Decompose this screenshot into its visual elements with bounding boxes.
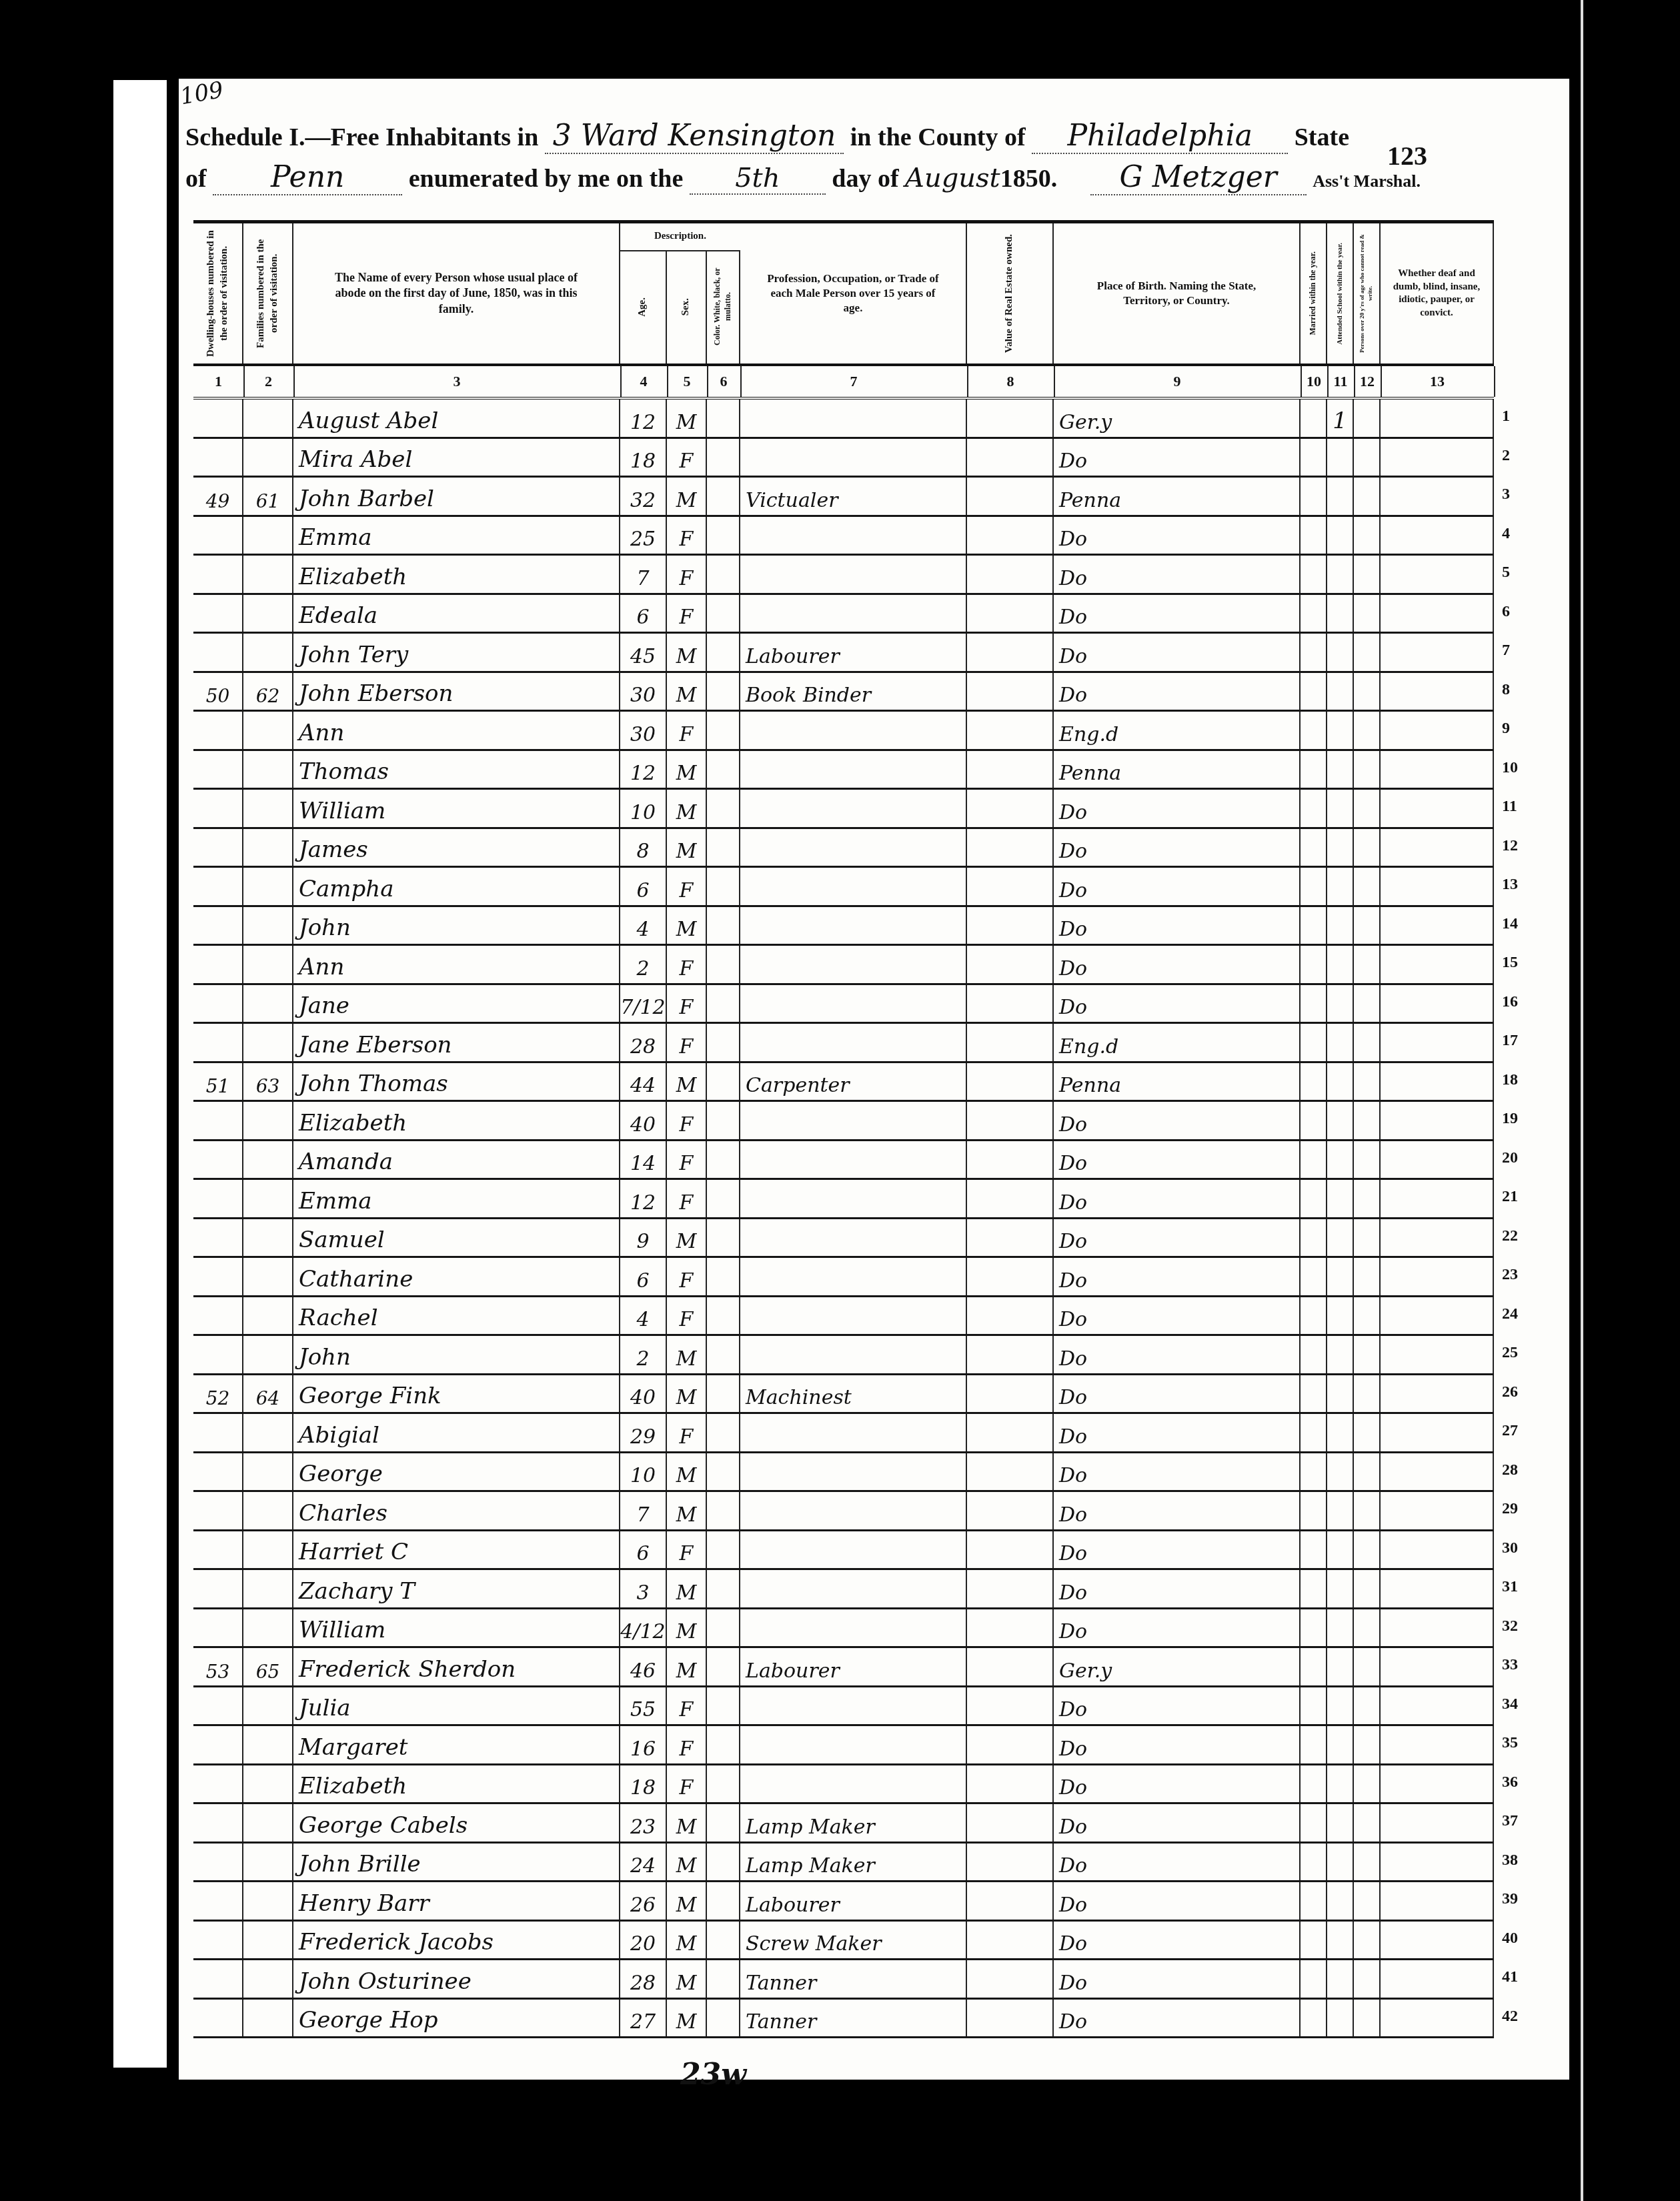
age-value: 9 xyxy=(620,1219,667,1257)
school-mark xyxy=(1327,1648,1354,1685)
color-value xyxy=(707,556,740,593)
school-mark xyxy=(1327,1219,1354,1257)
real-estate-value xyxy=(967,1258,1054,1295)
sex-value: F xyxy=(667,712,707,749)
family-number xyxy=(243,2000,293,2037)
real-estate-value xyxy=(967,1102,1054,1139)
school-mark xyxy=(1327,2000,1354,2037)
line-number: 7 xyxy=(1502,642,1510,660)
birthplace-value: Do xyxy=(1054,868,1301,905)
age-value: 29 xyxy=(620,1414,667,1451)
dwelling-number xyxy=(193,1141,243,1179)
birthplace-value: Eng.d xyxy=(1054,712,1301,749)
condition-value xyxy=(1381,595,1494,632)
illiterate-mark xyxy=(1354,751,1381,788)
married-mark xyxy=(1301,712,1327,749)
dwelling-number xyxy=(193,1024,243,1061)
birthplace-value: Do xyxy=(1054,985,1301,1022)
person-name: Jane xyxy=(293,985,620,1022)
school-mark xyxy=(1327,1102,1354,1139)
birthplace-value: Do xyxy=(1054,517,1301,554)
occupation-value: Victualer xyxy=(740,478,967,515)
illiterate-mark xyxy=(1354,1648,1381,1685)
age-value: 4 xyxy=(620,1297,667,1335)
age-value: 14 xyxy=(620,1141,667,1179)
color-value xyxy=(707,1453,740,1491)
occupation-value xyxy=(740,1687,967,1725)
age-value: 6 xyxy=(620,1531,667,1569)
occupation-value xyxy=(740,1414,967,1451)
person-name: William xyxy=(293,1609,620,1647)
column-header-age: Age. xyxy=(620,250,667,363)
color-value xyxy=(707,1726,740,1763)
real-estate-value xyxy=(967,478,1054,515)
school-mark xyxy=(1327,1453,1354,1491)
real-estate-value xyxy=(967,595,1054,632)
married-mark xyxy=(1301,1063,1327,1100)
birthplace-value: Do xyxy=(1054,1922,1301,1959)
column-number: 10 xyxy=(1301,366,1329,397)
birthplace-value: Do xyxy=(1054,946,1301,983)
age-value: 12 xyxy=(620,751,667,788)
line-number: 23 xyxy=(1502,1266,1518,1284)
family-number xyxy=(243,1804,293,1842)
age-value: 44 xyxy=(620,1063,667,1100)
school-mark xyxy=(1327,1609,1354,1647)
family-number: 62 xyxy=(243,673,293,710)
age-value: 7/12 xyxy=(620,985,667,1022)
dwelling-number xyxy=(193,1336,243,1373)
sex-value: M xyxy=(667,1336,707,1373)
person-name: James xyxy=(293,829,620,866)
scan-edge-line xyxy=(1581,0,1583,2201)
color-value xyxy=(707,1687,740,1725)
married-mark xyxy=(1301,985,1327,1022)
birthplace-value: Do xyxy=(1054,1765,1301,1803)
condition-value xyxy=(1381,634,1494,671)
column-number: 5 xyxy=(667,366,708,397)
age-value: 32 xyxy=(620,478,667,515)
occupation-value xyxy=(740,790,967,827)
condition-value xyxy=(1381,1102,1494,1139)
birthplace-value: Do xyxy=(1054,1414,1301,1451)
birthplace-value: Do xyxy=(1054,1687,1301,1725)
dwelling-number xyxy=(193,1687,243,1725)
person-name: Ann xyxy=(293,946,620,983)
sex-value: F xyxy=(667,1102,707,1139)
table-row: Ann 30 F Eng.d 9 xyxy=(193,712,1494,751)
table-row: Mira Abel 18 F Do 2 xyxy=(193,439,1494,478)
person-name: Julia xyxy=(293,1687,620,1725)
illiterate-mark xyxy=(1354,439,1381,476)
person-name: Henry Barr xyxy=(293,1882,620,1920)
illiterate-mark xyxy=(1354,1297,1381,1335)
person-name: John Barbel xyxy=(293,478,620,515)
line-number: 24 xyxy=(1502,1305,1518,1323)
occupation-value: Screw Maker xyxy=(740,1922,967,1959)
line-number: 39 xyxy=(1502,1890,1518,1908)
occupation-value: Labourer xyxy=(740,634,967,671)
illiterate-mark xyxy=(1354,946,1381,983)
school-mark xyxy=(1327,1414,1354,1451)
age-value: 30 xyxy=(620,673,667,710)
illiterate-mark xyxy=(1354,1804,1381,1842)
condition-value xyxy=(1381,1492,1494,1529)
real-estate-value xyxy=(967,1414,1054,1451)
color-value xyxy=(707,1102,740,1139)
married-mark xyxy=(1301,1141,1327,1179)
dwelling-number xyxy=(193,1844,243,1881)
condition-value xyxy=(1381,1882,1494,1920)
school-mark xyxy=(1327,1804,1354,1842)
real-estate-value xyxy=(967,946,1054,983)
person-name: George xyxy=(293,1453,620,1491)
color-value xyxy=(707,634,740,671)
occupation-value: Book Binder xyxy=(740,673,967,710)
table-row: Edeala 6 F Do 6 xyxy=(193,595,1494,634)
person-name: Emma xyxy=(293,1180,620,1217)
table-row: 53 65 Frederick Sherdon 46 M Labourer Ge… xyxy=(193,1648,1494,1687)
person-name: John Brille xyxy=(293,1844,620,1881)
married-mark xyxy=(1301,1297,1327,1335)
dwelling-number: 52 xyxy=(193,1375,243,1413)
real-estate-value xyxy=(967,712,1054,749)
line-number: 30 xyxy=(1502,1539,1518,1557)
real-estate-value xyxy=(967,517,1054,554)
column-number: 12 xyxy=(1354,366,1382,397)
married-mark xyxy=(1301,1492,1327,1529)
column-header-birthplace: Place of Birth. Naming the State, Territ… xyxy=(1054,223,1301,363)
condition-value xyxy=(1381,2000,1494,2037)
sex-value: F xyxy=(667,1765,707,1803)
married-mark xyxy=(1301,1648,1327,1685)
occupation-value xyxy=(740,595,967,632)
illiterate-mark xyxy=(1354,712,1381,749)
line-number: 28 xyxy=(1502,1461,1518,1479)
birthplace-value: Do xyxy=(1054,2000,1301,2037)
illiterate-mark xyxy=(1354,1453,1381,1491)
age-value: 16 xyxy=(620,1726,667,1763)
condition-value xyxy=(1381,517,1494,554)
person-name: Amanda xyxy=(293,1141,620,1179)
occupation-value xyxy=(740,1531,967,1569)
person-name: John Thomas xyxy=(293,1063,620,1100)
family-number xyxy=(243,1960,293,1998)
age-value: 8 xyxy=(620,829,667,866)
married-mark xyxy=(1301,634,1327,671)
illiterate-mark xyxy=(1354,790,1381,827)
year-value: 1850. xyxy=(1000,165,1058,193)
dwelling-number xyxy=(193,1960,243,1998)
color-value xyxy=(707,595,740,632)
occupation-value xyxy=(740,517,967,554)
table-row: Samuel 9 M Do 22 xyxy=(193,1219,1494,1259)
school-mark xyxy=(1327,1844,1354,1881)
illiterate-mark xyxy=(1354,1063,1381,1100)
line-number: 38 xyxy=(1502,1852,1518,1870)
dwelling-number xyxy=(193,1102,243,1139)
line-number: 25 xyxy=(1502,1344,1518,1362)
dwelling-number xyxy=(193,595,243,632)
dwelling-number xyxy=(193,790,243,827)
school-mark xyxy=(1327,946,1354,983)
married-mark xyxy=(1301,1960,1327,1998)
school-mark xyxy=(1327,1063,1354,1100)
line-number: 1 xyxy=(1502,408,1510,426)
school-mark xyxy=(1327,1024,1354,1061)
married-mark xyxy=(1301,1804,1327,1842)
married-mark xyxy=(1301,1531,1327,1569)
color-value xyxy=(707,1844,740,1881)
age-value: 45 xyxy=(620,634,667,671)
age-value: 28 xyxy=(620,1960,667,1998)
illiterate-mark xyxy=(1354,1844,1381,1881)
dwelling-number xyxy=(193,1804,243,1842)
person-name: Elizabeth xyxy=(293,1102,620,1139)
line-number: 18 xyxy=(1502,1071,1518,1089)
dwelling-number xyxy=(193,1219,243,1257)
binding-gutter xyxy=(167,80,180,2081)
day-value: 5th xyxy=(690,163,826,195)
table-row: Catharine 6 F Do 23 xyxy=(193,1258,1494,1297)
column-number: 13 xyxy=(1381,366,1495,397)
family-number: 61 xyxy=(243,478,293,515)
age-value: 3 xyxy=(620,1570,667,1607)
family-number xyxy=(243,946,293,983)
age-value: 4 xyxy=(620,907,667,944)
table-row: Ann 2 F Do 15 xyxy=(193,946,1494,985)
person-name: Margaret xyxy=(293,1726,620,1763)
married-mark xyxy=(1301,1258,1327,1295)
illiterate-mark xyxy=(1354,868,1381,905)
illiterate-mark xyxy=(1354,634,1381,671)
person-name: George Fink xyxy=(293,1375,620,1413)
school-mark xyxy=(1327,673,1354,710)
occupation-value xyxy=(740,556,967,593)
family-number xyxy=(243,517,293,554)
school-mark xyxy=(1327,1375,1354,1413)
sex-value: F xyxy=(667,1024,707,1061)
illiterate-mark xyxy=(1354,1531,1381,1569)
description-group-label: Description. xyxy=(620,223,740,251)
family-number xyxy=(243,634,293,671)
birthplace-value: Do xyxy=(1054,1336,1301,1373)
real-estate-value xyxy=(967,790,1054,827)
married-mark xyxy=(1301,1024,1327,1061)
real-estate-value xyxy=(967,1180,1054,1217)
illiterate-mark xyxy=(1354,1492,1381,1529)
table-row: Abigial 29 F Do 27 xyxy=(193,1414,1494,1453)
line-number: 34 xyxy=(1502,1695,1518,1713)
dwelling-number xyxy=(193,1765,243,1803)
married-mark xyxy=(1301,1844,1327,1881)
occupation-value xyxy=(740,439,967,476)
occupation-value xyxy=(740,1219,967,1257)
sex-value: M xyxy=(667,907,707,944)
age-value: 6 xyxy=(620,868,667,905)
sex-value: M xyxy=(667,790,707,827)
school-mark xyxy=(1327,907,1354,944)
married-mark xyxy=(1301,1726,1327,1763)
column-number: 8 xyxy=(967,366,1055,397)
condition-value xyxy=(1381,1141,1494,1179)
line-number: 14 xyxy=(1502,915,1518,933)
color-value xyxy=(707,712,740,749)
married-mark xyxy=(1301,400,1327,437)
school-mark xyxy=(1327,751,1354,788)
dwelling-number: 53 xyxy=(193,1648,243,1685)
age-value: 12 xyxy=(620,1180,667,1217)
condition-value xyxy=(1381,1609,1494,1647)
occupation-value xyxy=(740,1570,967,1607)
married-mark xyxy=(1301,1882,1327,1920)
color-value xyxy=(707,439,740,476)
color-value xyxy=(707,790,740,827)
birthplace-value: Do xyxy=(1054,1453,1301,1491)
illiterate-mark xyxy=(1354,1024,1381,1061)
age-value: 40 xyxy=(620,1102,667,1139)
sex-value: F xyxy=(667,1258,707,1295)
real-estate-value xyxy=(967,1492,1054,1529)
line-number: 33 xyxy=(1502,1656,1518,1674)
birthplace-value: Do xyxy=(1054,1609,1301,1647)
illiterate-mark xyxy=(1354,595,1381,632)
color-value xyxy=(707,1804,740,1842)
occupation-value xyxy=(740,985,967,1022)
birthplace-value: Do xyxy=(1054,634,1301,671)
illiterate-mark xyxy=(1354,1375,1381,1413)
age-value: 10 xyxy=(620,1453,667,1491)
table-row: Emma 25 F Do 4 xyxy=(193,517,1494,556)
table-row: Elizabeth 7 F Do 5 xyxy=(193,556,1494,595)
person-name: Frederick Sherdon xyxy=(293,1648,620,1685)
person-name: Zachary T xyxy=(293,1570,620,1607)
sex-value: F xyxy=(667,946,707,983)
school-mark xyxy=(1327,517,1354,554)
table-row: Jane Eberson 28 F Eng.d 17 xyxy=(193,1024,1494,1063)
birthplace-value: Do xyxy=(1054,1102,1301,1139)
line-number: 35 xyxy=(1502,1734,1518,1752)
condition-value xyxy=(1381,1648,1494,1685)
color-value xyxy=(707,1765,740,1803)
family-number: 65 xyxy=(243,1648,293,1685)
person-name: Samuel xyxy=(293,1219,620,1257)
color-value xyxy=(707,1414,740,1451)
person-name: John Eberson xyxy=(293,673,620,710)
illiterate-mark xyxy=(1354,1141,1381,1179)
column-header-sex: Sex. xyxy=(667,250,707,363)
dwelling-number: 51 xyxy=(193,1063,243,1100)
table-row: John Brille 24 M Lamp Maker Do 38 xyxy=(193,1844,1494,1883)
sex-value: F xyxy=(667,439,707,476)
married-mark xyxy=(1301,1570,1327,1607)
occupation-value xyxy=(740,1726,967,1763)
family-number xyxy=(243,1453,293,1491)
sex-value: M xyxy=(667,1882,707,1920)
sex-value: M xyxy=(667,478,707,515)
occupation-value xyxy=(740,1609,967,1647)
table-row: George Hop 27 M Tanner Do 42 xyxy=(193,2000,1494,2039)
condition-value xyxy=(1381,790,1494,827)
condition-value xyxy=(1381,712,1494,749)
age-value: 20 xyxy=(620,1922,667,1959)
condition-value xyxy=(1381,946,1494,983)
month-value: August xyxy=(905,163,1000,193)
color-value xyxy=(707,946,740,983)
table-row: Rachel 4 F Do 24 xyxy=(193,1297,1494,1337)
column-header-school: Attended School within the year. xyxy=(1327,223,1354,363)
column-number: 11 xyxy=(1327,366,1355,397)
family-number xyxy=(243,1609,293,1647)
birthplace-value: Eng.d xyxy=(1054,1024,1301,1061)
married-mark xyxy=(1301,673,1327,710)
married-mark xyxy=(1301,907,1327,944)
dwelling-number: 50 xyxy=(193,673,243,710)
sex-value: F xyxy=(667,556,707,593)
family-number xyxy=(243,1726,293,1763)
age-value: 26 xyxy=(620,1882,667,1920)
married-mark xyxy=(1301,1453,1327,1491)
school-mark xyxy=(1327,1726,1354,1763)
age-value: 2 xyxy=(620,946,667,983)
occupation-value: Carpenter xyxy=(740,1063,967,1100)
table-row: 52 64 George Fink 40 M Machinest Do 26 xyxy=(193,1375,1494,1415)
column-header-condition: Whether deaf and dumb, blind, insane, id… xyxy=(1381,223,1494,363)
school-mark xyxy=(1327,1336,1354,1373)
line-number: 36 xyxy=(1502,1773,1518,1791)
real-estate-value xyxy=(967,634,1054,671)
of-label: of xyxy=(185,165,207,193)
school-mark xyxy=(1327,1570,1354,1607)
condition-value xyxy=(1381,673,1494,710)
sex-value: F xyxy=(667,868,707,905)
table-row: John 2 M Do 25 xyxy=(193,1336,1494,1375)
dwelling-number: 49 xyxy=(193,478,243,515)
column-number: 1 xyxy=(193,366,245,397)
school-mark xyxy=(1327,1258,1354,1295)
dwelling-number xyxy=(193,1492,243,1529)
enumerated-label: enumerated by me on the xyxy=(409,165,684,193)
table-row: Thomas 12 M Penna 10 xyxy=(193,751,1494,790)
table-row: Amanda 14 F Do 20 xyxy=(193,1141,1494,1181)
occupation-value xyxy=(740,907,967,944)
line-number: 17 xyxy=(1502,1032,1518,1050)
color-value xyxy=(707,1024,740,1061)
dwelling-number xyxy=(193,1180,243,1217)
real-estate-value xyxy=(967,1648,1054,1685)
column-number: 9 xyxy=(1054,366,1302,397)
state-value: Penn xyxy=(213,160,402,195)
age-value: 24 xyxy=(620,1844,667,1881)
condition-value xyxy=(1381,829,1494,866)
age-value: 12 xyxy=(620,400,667,437)
color-value xyxy=(707,2000,740,2037)
sex-value: M xyxy=(667,2000,707,2037)
dwelling-number xyxy=(193,712,243,749)
birthplace-value: Do xyxy=(1054,1492,1301,1529)
table-row: Henry Barr 26 M Labourer Do 39 xyxy=(193,1882,1494,1922)
illiterate-mark xyxy=(1354,1922,1381,1959)
sex-value: F xyxy=(667,595,707,632)
school-mark xyxy=(1327,595,1354,632)
dwelling-number xyxy=(193,556,243,593)
column-number: 6 xyxy=(707,366,742,397)
color-value xyxy=(707,1336,740,1373)
family-number xyxy=(243,1180,293,1217)
sex-value: F xyxy=(667,1687,707,1725)
color-value xyxy=(707,751,740,788)
birthplace-value: Do xyxy=(1054,1141,1301,1179)
